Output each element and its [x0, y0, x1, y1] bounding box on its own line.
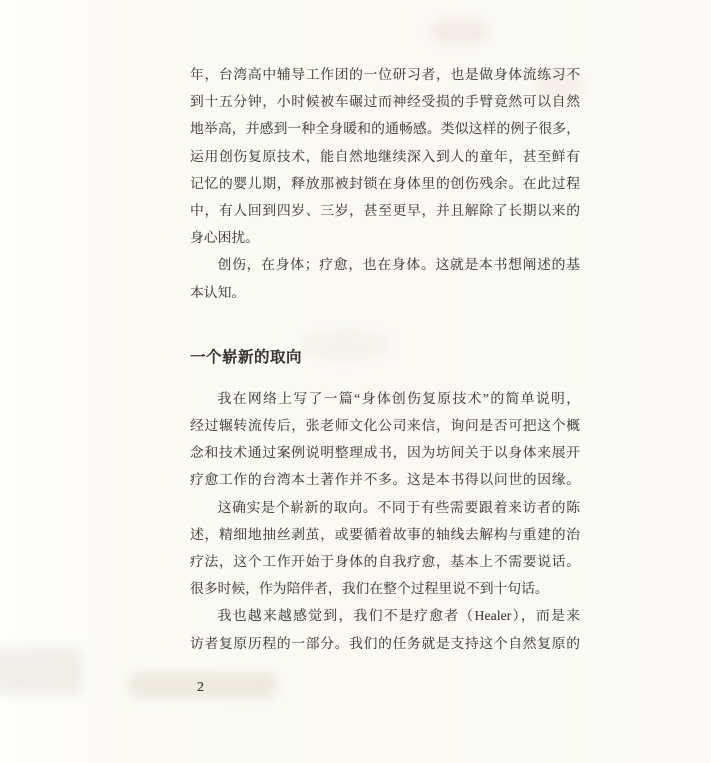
- text-line: 创伤，在身体；疗愈，也在身体。这就是本书想阐述的基: [190, 251, 580, 278]
- text-line: 访者复原历程的一部分。我们的任务就是支持这个自然复原的: [190, 630, 580, 657]
- scanned-book-page: 年，台湾高中辅导工作团的一位研习者，也是做身体流练习不 到十五分钟，小时候被车碾…: [0, 0, 711, 763]
- paragraph: 我在网络上写了一篇“身体创伤复原技术”的简单说明， 经过辗转流传后，张老师文化公…: [190, 385, 580, 494]
- section-heading: 一个崭新的取向: [190, 344, 580, 371]
- page-text-block: 年，台湾高中辅导工作团的一位研习者，也是做身体流练习不 到十五分钟，小时候被车碾…: [190, 61, 580, 657]
- paragraph: 我也越来越感觉到，我们不是疗愈者（Healer），而是来 访者复原历程的一部分。…: [190, 602, 580, 656]
- text-line: 到十五分钟，小时候被车碾过而神经受损的手臂竟然可以自然: [190, 88, 580, 115]
- scan-smudge: [0, 648, 82, 694]
- text-line: 身心困扰。: [190, 224, 580, 251]
- text-line: 念和技术通过案例说明整理成书，因为坊间关于以身体来展开: [190, 439, 580, 466]
- page-number: 2: [197, 678, 204, 698]
- paragraph: 创伤，在身体；疗愈，也在身体。这就是本书想阐述的基 本认知。: [190, 251, 580, 305]
- text-line: 我在网络上写了一篇“身体创伤复原技术”的简单说明，: [190, 385, 580, 412]
- text-line: 中，有人回到四岁、三岁，甚至更早，并且解除了长期以来的: [190, 197, 580, 224]
- text-line: 地举高，并感到一种全身暖和的通畅感。类似这样的例子很多，: [190, 115, 580, 142]
- paragraph: 这确实是个崭新的取向。不同于有些需要跟着来访者的陈 述，精细地抽丝剥茧，或要循着…: [190, 494, 580, 603]
- text-line: 这确实是个崭新的取向。不同于有些需要跟着来访者的陈: [190, 494, 580, 521]
- text-line: 疗愈工作的台湾本土著作并不多。这是本书得以问世的因缘。: [190, 466, 580, 493]
- text-line: 很多时候，作为陪伴者，我们在整个过程里说不到十句话。: [190, 575, 580, 602]
- text-line: 述，精细地抽丝剥茧，或要循着故事的轴线去解构与重建的治: [190, 521, 580, 548]
- scan-smudge: [430, 18, 490, 44]
- text-line: 经过辗转流传后，张老师文化公司来信，询问是否可把这个概: [190, 412, 580, 439]
- text-line: 疗法，这个工作开始于身体的自我疗愈，基本上不需要说话。: [190, 548, 580, 575]
- text-line: 本认知。: [190, 279, 580, 306]
- text-line: 我也越来越感觉到，我们不是疗愈者（Healer），而是来: [190, 602, 580, 629]
- text-line: 年，台湾高中辅导工作团的一位研习者，也是做身体流练习不: [190, 61, 580, 88]
- text-line: 记忆的婴儿期，释放那被封锁在身体里的创伤残余。在此过程: [190, 170, 580, 197]
- paragraph: 年，台湾高中辅导工作团的一位研习者，也是做身体流练习不 到十五分钟，小时候被车碾…: [190, 61, 580, 251]
- text-line: 运用创伤复原技术，能自然地继续深入到人的童年，甚至鲜有: [190, 143, 580, 170]
